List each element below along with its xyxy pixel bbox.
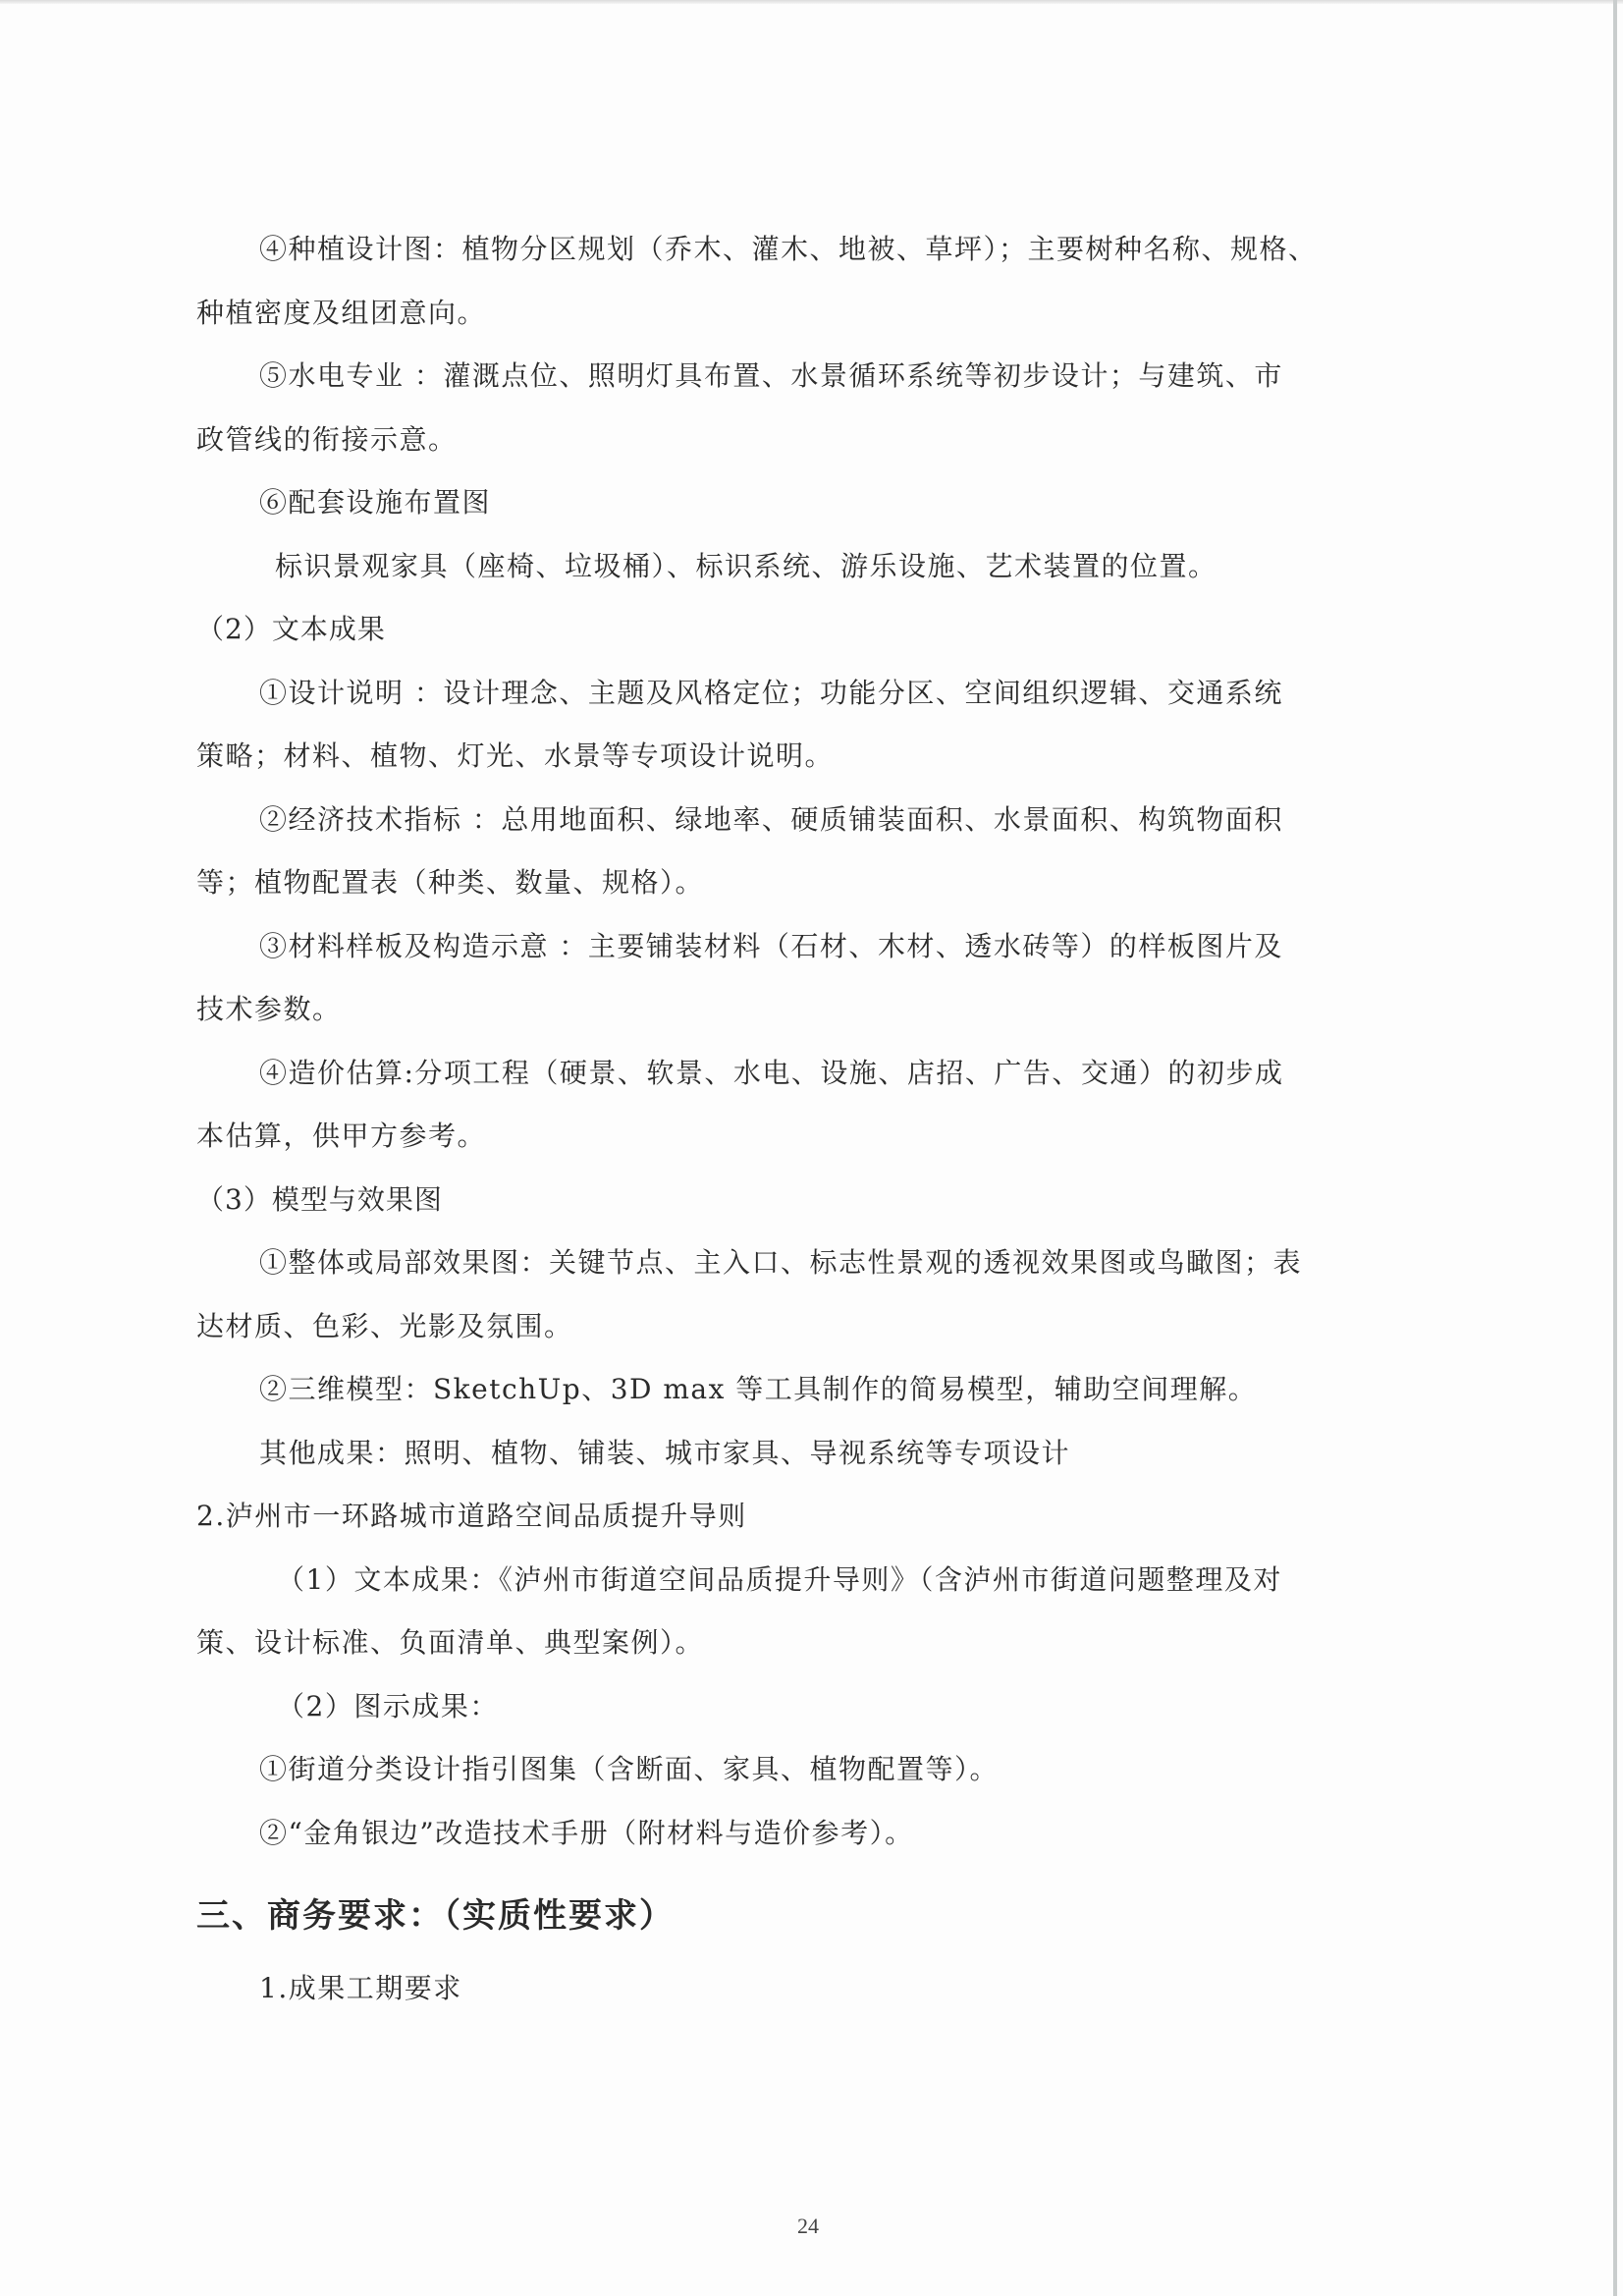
paragraph-line: ⑥配套设施布置图	[196, 471, 1419, 535]
paragraph-line: 本估算，供甲方参考。	[196, 1105, 1419, 1169]
paragraph-line: 技术参数。	[196, 978, 1419, 1042]
paragraph-line: 策、设计标准、负面清单、典型案例）。	[196, 1612, 1419, 1675]
paragraph-line: 其他成果：照明、植物、铺装、城市家具、导视系统等专项设计	[196, 1422, 1419, 1486]
subsection-heading: （3）模型与效果图	[196, 1169, 1419, 1232]
paragraph-line: ③材料样板及构造示意 ：主要铺装材料（石材、木材、透水砖等）的样板图片及	[196, 915, 1419, 979]
scan-edge-right	[1613, 0, 1617, 2296]
paragraph-line: ②“金角银边”改造技术手册（附材料与造价参考）。	[196, 1802, 1419, 1866]
paragraph-line: ②经济技术指标 ：总用地面积、绿地率、硬质铺装面积、水景面积、构筑物面积	[196, 789, 1419, 852]
paragraph-line: 达材质、色彩、光影及氛围。	[196, 1295, 1419, 1359]
paragraph-line: ④种植设计图：植物分区规划（乔木、灌木、地被、草坪）；主要树种名称、规格、	[196, 218, 1419, 282]
paragraph-line: 等；植物配置表（种类、数量、规格）。	[196, 851, 1419, 915]
paragraph-line: ①整体或局部效果图：关键节点、主入口、标志性景观的透视效果图或鸟瞰图；表	[196, 1231, 1419, 1295]
page-number: 24	[797, 2214, 819, 2239]
subsection-heading: （2）文本成果	[196, 598, 1419, 662]
paragraph-line: ⑤水电专业 ：灌溉点位、照明灯具布置、水景循环系统等初步设计；与建筑、市	[196, 345, 1419, 409]
paragraph-line: （2）图示成果：	[196, 1675, 1419, 1739]
scan-edge-top	[0, 0, 1623, 4]
document-body: ④种植设计图：植物分区规划（乔木、灌木、地被、草坪）；主要树种名称、规格、 种植…	[196, 218, 1419, 2021]
paragraph-line: 标识景观家具（座椅、垃圾桶）、标识系统、游乐设施、艺术装置的位置。	[196, 535, 1419, 599]
paragraph-line: 政管线的衔接示意。	[196, 409, 1419, 472]
paragraph-line: ①设计说明 ：设计理念、主题及风格定位；功能分区、空间组织逻辑、交通系统	[196, 662, 1419, 726]
paragraph-line: ①街道分类设计指引图集（含断面、家具、植物配置等）。	[196, 1738, 1419, 1802]
paragraph-line: 策略；材料、植物、灯光、水景等专项设计说明。	[196, 725, 1419, 789]
paragraph-line: ②三维模型：SketchUp、3D max 等工具制作的简易模型，辅助空间理解。	[196, 1358, 1419, 1422]
section-heading: 三、商务要求：（实质性要求）	[196, 1865, 1419, 1957]
numbered-item-heading: 2.泸州市一环路城市道路空间品质提升导则	[196, 1485, 1419, 1549]
paragraph-line: 种植密度及组团意向。	[196, 282, 1419, 346]
paragraph-line: ④造价估算:分项工程（硬景、软景、水电、设施、店招、广告、交通）的初步成	[196, 1042, 1419, 1106]
paragraph-line: （1）文本成果：《泸州市街道空间品质提升导则》（含泸州市街道问题整理及对	[196, 1549, 1419, 1613]
numbered-item-heading: 1.成果工期要求	[196, 1957, 1419, 2021]
